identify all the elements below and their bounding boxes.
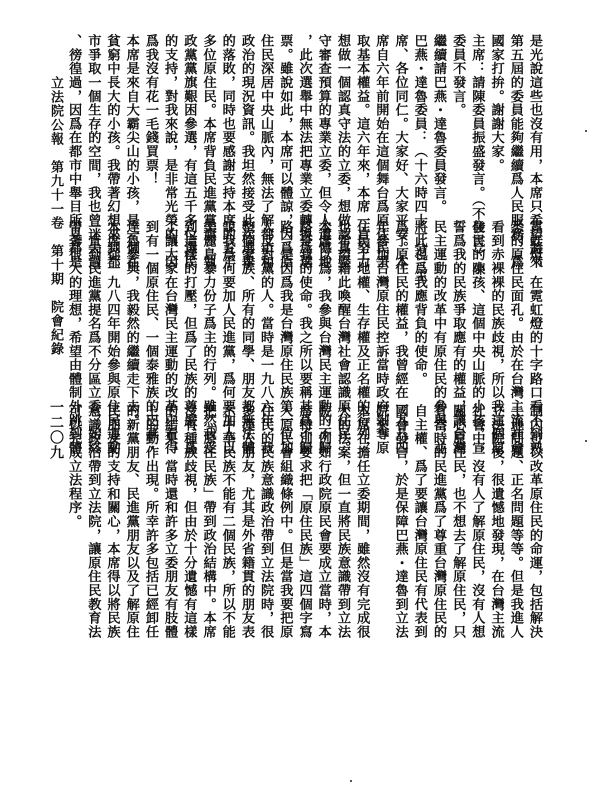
page-number: 一二〇九 xyxy=(46,400,66,460)
text-tier-middle: 霓虹燈，在霓虹燈的十字路口看不到熟悉的原住民面孔。由於在台灣主流社會看到赤裸裸的… xyxy=(64,220,544,390)
text-column: 人反對黨的人。當時是一九八六年，我 xyxy=(256,220,275,390)
text-column: 諒我爲何要加人民進黨，爲何要加人以 xyxy=(218,220,237,390)
text-column: 也希望藉此喚醒台灣社會認識原住民。 xyxy=(333,220,352,390)
text-column: 制內可以改革原住民的命運，包括解決 xyxy=(525,404,544,594)
text-column: 大的法案，但一直將民族意識帶到立法 xyxy=(333,404,352,594)
text-column: 社會中，沒有人了解原住民，沒有人想 xyxy=(467,404,486,594)
text-column: 住民深居中央山脈內，無法了解都市和 xyxy=(256,34,275,204)
text-column: 票。雖說如此，本席可以體諒，因爲原 xyxy=(275,34,294,204)
text-column: 路是我的使命。我之所以要稱其爲不歸 xyxy=(294,220,313,390)
text-column: 霓虹燈，在霓虹燈的十字路口看不到熟 xyxy=(525,220,544,390)
scan-speck xyxy=(585,440,587,442)
text-column: 沒有種族歧視，但由於十分遺憾有這樣 xyxy=(179,404,198,594)
text-column: 市爭取一個生存的空間，我也曾迷失過 xyxy=(83,34,102,204)
text-column: 可以完成立法程序。 xyxy=(64,404,83,594)
text-column: 繼續請巴燕・達魯委員發言。 xyxy=(429,34,448,204)
text-column: 住民的小孩、這個中央山脈的小孩，宣 xyxy=(467,220,486,390)
text-column: 的落敗，同時也要感謝支持本席的五千 xyxy=(218,34,237,204)
text-column: 委員不發言。 xyxy=(448,34,467,204)
text-tier-top: 是光說這些也沒有用，本席只希望將來第五屆的委員能夠繼續爲人民服務、爲國家打拚。謝… xyxy=(64,34,544,204)
text-column: 國會發言，於是保障巴燕・達魯到立法 xyxy=(390,404,409,594)
text-column: 多位原住民。本席背負民進黨黨旗、執 xyxy=(198,34,217,204)
text-column: 年參加台灣原住民控訴當時政府剝奪原 xyxy=(371,220,390,390)
text-column: 達魯參與，我毅然的繼續走下去。 xyxy=(122,220,141,390)
text-column: 民主運動的改革中有原住民的參與，並 xyxy=(429,220,448,390)
text-column: 人原民會組織條例中。但是當我要把原 xyxy=(275,404,294,594)
text-column: 爲了原住民的權益，我曾經在一九八四 xyxy=(390,220,409,390)
text-column: 第五屆的委員能夠繼續爲人民服務、爲 xyxy=(506,34,525,204)
text-column: 一直到民進黨提名爲不分區立委，始終 xyxy=(83,220,102,390)
text-column: 本席從一九八四年開始參與原住民運動 xyxy=(102,220,121,390)
text-column: 的結果，當時還和許多立委朋友有肢體 xyxy=(160,404,179,594)
text-column: 巴燕・達魯委員：（十六時四十一分）主 xyxy=(410,34,429,204)
text-column: 爲我沒有花一毛錢買票！ xyxy=(141,34,160,204)
scan-speck xyxy=(350,780,352,782)
text-column: 帶著很大的理想，希望由體制外跳到體 xyxy=(64,220,83,390)
text-column: 住民的民族意識政治帶到立法院時，很 xyxy=(256,404,275,594)
text-column: 政治的現況資訊。我坦然接受此次選舉 xyxy=(237,34,256,204)
text-column: 了讓大家在台灣民主運動的改革中看得 xyxy=(160,220,179,390)
text-column: 示中華民族不能有二個民族，所以不能 xyxy=(218,404,237,594)
text-column: 路，是因爲我是台灣原住民族第一位加 xyxy=(275,220,294,390)
text-column: 主席：請陳委員振盛發言。（不發言）陳 xyxy=(467,34,486,204)
text-column: 想做一個認真守法的立委，想做認真堅 xyxy=(333,34,352,204)
text-column: 土地問題、正名問題等等。但是我進人 xyxy=(506,404,525,594)
scan-speck xyxy=(585,130,587,132)
text-column: 看到赤裸裸的民族歧視，所以我這個原 xyxy=(486,220,505,390)
text-column: 到有一個原住民、一個泰雅族的巴燕・ xyxy=(141,220,160,390)
text-column: 整個家族、所有的同學、朋友都無法體 xyxy=(237,220,256,390)
text-column: 席特別要求把「原住民族」這四個字寫 xyxy=(294,404,313,594)
text-column: 政黨黨旗艱困參選，有這五千多位選民 xyxy=(179,34,198,204)
text-column: 到這樣的打壓，但爲了民族的尊嚴、爲 xyxy=(179,220,198,390)
text-column: 、徬徨過，因爲在都市中舉目所見都是 xyxy=(64,34,83,204)
text-column: 本席在擔任立委期間，雖然沒有完成很 xyxy=(352,404,371,594)
text-column: 的支持，對我來說，是非常光榮的，因 xyxy=(160,34,179,204)
text-column: 本席以爲，我參與台灣民主運動的不歸 xyxy=(314,220,333,390)
text-column: 美麗島暴力份子爲主的行列。雖然我受 xyxy=(198,220,217,390)
text-column: 是光說這些也沒有用，本席只希望將來 xyxy=(525,34,544,204)
text-column: 住民土地權、生存權及正名權的行列， xyxy=(352,220,371,390)
text-column: 把「原住民族」帶到政治結構中。本席 xyxy=(198,404,217,594)
text-column: 悉的原住民面孔。由於在台灣主流社會 xyxy=(506,220,525,390)
text-column: 院來。 xyxy=(371,404,390,594)
text-column: 貧窮中長大的小孩。我帶著幻想來到都 xyxy=(102,34,121,204)
text-column: 的新黨朋友、民進黨朋友以及了解原住 xyxy=(122,404,141,594)
text-column: 席自六年前開始在這個舞台爲原住民爭 xyxy=(371,34,390,204)
text-column: 守審查預算的專業立委，但令人遺憾地 xyxy=(314,34,333,204)
text-column: 有當時的民進黨爲了尊重台灣原住民的 xyxy=(429,404,448,594)
text-column: 立法院後，很遺憾地發現，在台灣主流 xyxy=(486,404,505,594)
text-column: 將此視爲我應背負的使命。 xyxy=(410,220,429,390)
text-tier-bottom: 制內可以改革原住民的命運，包括解決土地問題、正名問題等等。但是我進人立法院後，很… xyxy=(64,404,544,594)
text-column: 國家打拚。謝謝大家。 xyxy=(486,34,505,204)
text-column: 意識政治帶到立法院，讓原住民教育法 xyxy=(83,404,102,594)
text-column: 院，例如行政院原民會要成立當時，本 xyxy=(314,404,333,594)
running-head: 立法院公報 第九十一卷 第十期 院會紀錄 xyxy=(46,76,65,356)
text-column: 自主權、爲了要讓台灣原住民有代表到 xyxy=(410,404,429,594)
text-column: 取基本權益。這六年來，本席一直努力 xyxy=(352,34,371,204)
text-column: 誓爲我的民族爭取應有的權益，讓台灣 xyxy=(448,220,467,390)
text-column: 關心原住民，也不想去了解原住民，只 xyxy=(448,404,467,594)
text-column: 上的動作出現。所幸許多包括已經卸任 xyxy=(141,404,160,594)
text-column: 多漢人朋友，尤其是外省籍貫的朋友表 xyxy=(237,404,256,594)
text-column: 本席是來自大霸尖山的小孩，是一個在 xyxy=(122,34,141,204)
text-column: 民朋友的支持和關心，本席得以將民族 xyxy=(102,404,121,594)
text-column: ，此次選舉中無法把專業立委轉換爲選 xyxy=(294,34,313,204)
text-column: 席、各位同仁。大家好、大家平安。本 xyxy=(390,34,409,204)
